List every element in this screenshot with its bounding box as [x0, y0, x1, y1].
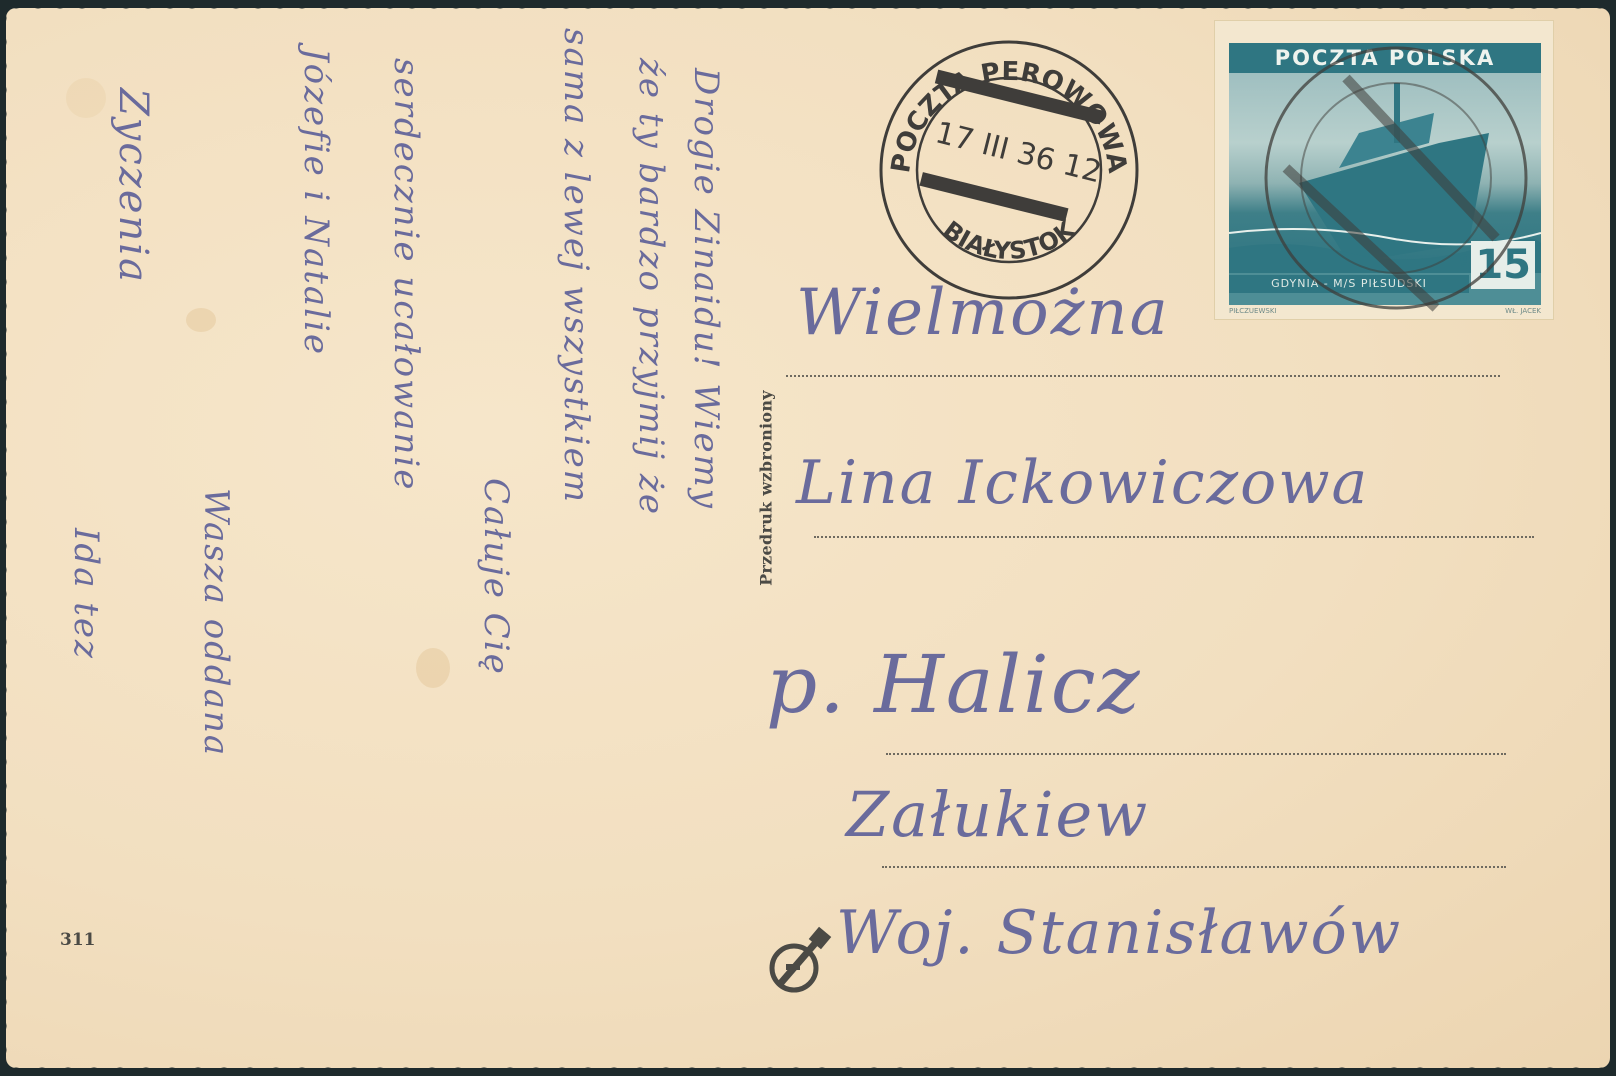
foxing-stain [186, 308, 216, 332]
postcard-back: Drogie Zinaidu! Wiemy źe ty bardzo przyj… [6, 8, 1610, 1068]
svg-text:17 III 36 12: 17 III 36 12 [932, 115, 1105, 190]
message-line: Wasza oddana [196, 488, 236, 757]
key-in-circle-icon [766, 926, 836, 996]
message-line: Całuje Cię [476, 478, 516, 676]
deckle-edge-left [6, 8, 12, 1068]
postmark: * POCZTA PEROWOWA * BIAŁYSTOK 17 III 36 … [874, 30, 1144, 300]
message-line: Zyczenia [110, 88, 156, 284]
address-line-4 [882, 866, 1506, 868]
stamp-imprint: PIŁCZUEWSKI WŁ. JACEK [1229, 307, 1541, 315]
deckle-edge-top [6, 8, 1610, 14]
address-town: p. Halicz [766, 638, 1142, 731]
foxing-stain [66, 78, 106, 118]
foxing-stain [416, 648, 450, 688]
reprint-prohibited-notice: Przedruk wzbroniony [757, 390, 776, 586]
deckle-edge-bottom [6, 1062, 1610, 1068]
address-line-3 [886, 753, 1506, 755]
message-line: Drogie Zinaidu! Wiemy [686, 68, 726, 510]
address-street: Załukiew [846, 778, 1149, 851]
message-line: Ida tez [66, 528, 106, 660]
address-line-2 [814, 536, 1534, 538]
address-line-1 [786, 375, 1500, 377]
card-number: 311 [60, 930, 96, 950]
address-province: Woj. Stanisławów [836, 898, 1402, 968]
address-recipient: Lina Ickowiczowa [796, 448, 1369, 518]
message-line: serdecznie ucałowanie [386, 58, 426, 491]
svg-text:BIAŁYSTOK: BIAŁYSTOK [938, 215, 1082, 266]
stamp-caption: GDYNIA - M/S PIŁSUDSKI [1229, 275, 1469, 293]
stamp-imprint-right: WŁ. JACEK [1505, 307, 1541, 315]
stamp-design: POCZTA POLSKA GDYNIA - M/S PIŁSUDSKI gr … [1229, 43, 1541, 305]
postage-stamp: POCZTA POLSKA GDYNIA - M/S PIŁSUDSKI gr … [1214, 20, 1554, 320]
stamp-imprint-left: PIŁCZUEWSKI [1229, 307, 1276, 315]
stamp-country: POCZTA POLSKA [1229, 43, 1541, 73]
stamp-value: 15 [1471, 241, 1535, 289]
message-line: sama z lewej wszystkiem [556, 28, 596, 504]
message-line: Józefie i Natalie [296, 48, 336, 356]
message-line: źe ty bardzo przyjmij że [631, 58, 671, 516]
